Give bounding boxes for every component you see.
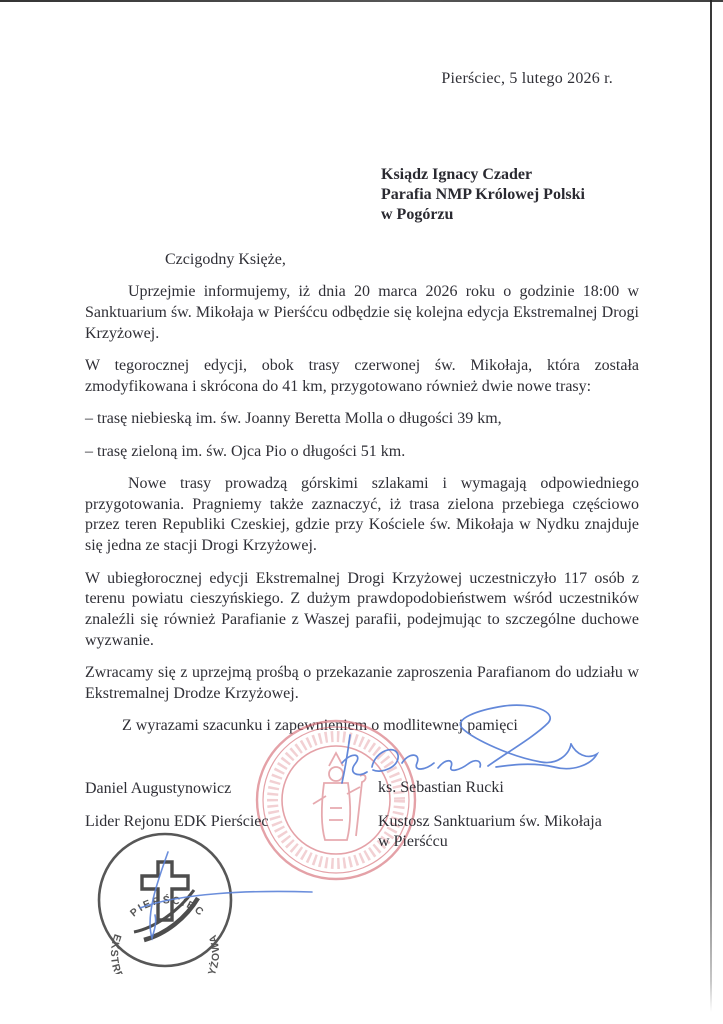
date-line: Pierściec, 5 lutego 2026 r. bbox=[441, 70, 613, 88]
paragraph-announcement: Uprzejmie informujemy, iż dnia 20 marca … bbox=[85, 282, 639, 344]
scan-edge-top-line bbox=[0, 0, 723, 2]
recipient-parish: Parafia NMP Królowej Polski bbox=[381, 185, 585, 205]
route-item-blue: – trasę niebieską im. św. Joanny Beretta… bbox=[85, 409, 639, 430]
recipient-block: Ksiądz Ignacy Czader Parafia NMP Królowe… bbox=[381, 165, 585, 225]
recipient-name: Ksiądz Ignacy Czader bbox=[381, 165, 585, 185]
letter-body: Czcigodny Księże, Uprzejmie informujemy,… bbox=[85, 250, 639, 749]
signatory-right-title: Kustosz Sanktuarium św. Mikołaja bbox=[378, 812, 602, 832]
paragraph-last-year: W ubiegłorocznej edycji Ekstremalnej Dro… bbox=[85, 569, 639, 652]
signatory-right-name: ks. Sebastian Rucki bbox=[378, 778, 602, 798]
signatory-left-title: Lider Rejonu EDK Pierściec bbox=[85, 813, 269, 831]
salutation: Czcigodny Księże, bbox=[85, 250, 639, 271]
paragraph-preparation: Nowe trasy prowadzą górskimi szlakami i … bbox=[85, 474, 639, 557]
signatory-right-block: ks. Sebastian Rucki Kustosz Sanktuarium … bbox=[378, 778, 602, 852]
pen-scribble bbox=[85, 835, 325, 957]
recipient-place: w Pogórzu bbox=[381, 205, 585, 225]
scan-edge-right-line bbox=[710, 0, 712, 1012]
letter-page: Pierściec, 5 lutego 2026 r. Ksiądz Ignac… bbox=[0, 0, 723, 1024]
route-item-green: – trasę zieloną im. św. Ojca Pio o długo… bbox=[85, 442, 639, 463]
signatory-right-place: w Pierśćcu bbox=[378, 832, 602, 852]
signatory-left-name: Daniel Augustynowicz bbox=[85, 780, 231, 798]
paragraph-routes-intro: W tegorocznej edycji, obok trasy czerwon… bbox=[85, 356, 639, 398]
